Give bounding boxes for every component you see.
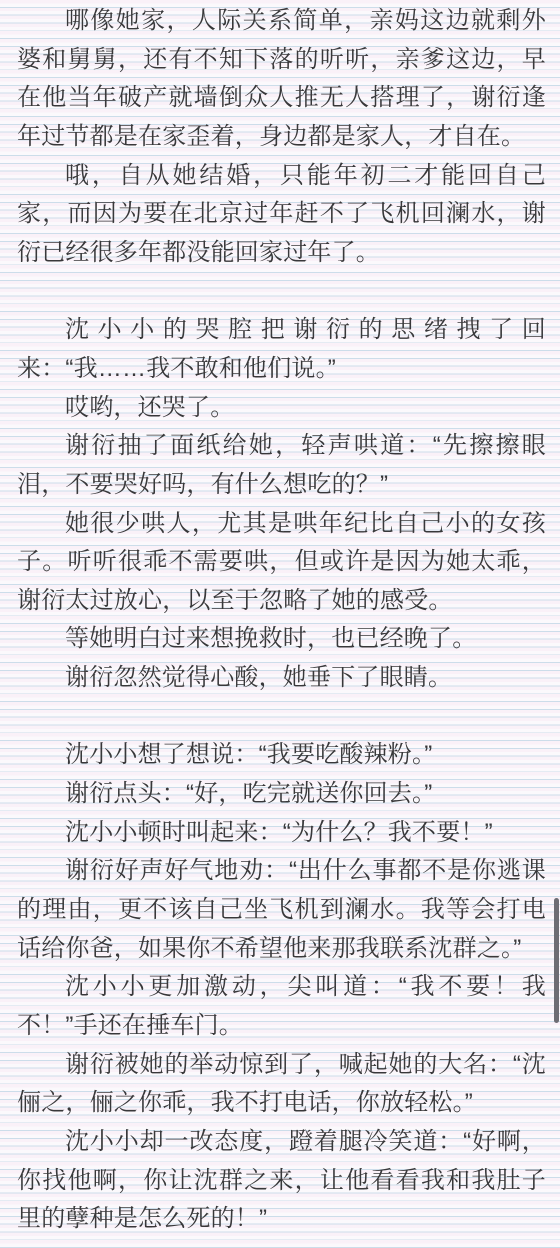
paragraph: 沈小小的哭腔把谢衍的思绪拽了回来：“我……我不敢和他们说。” [17,311,546,388]
paragraph: 哎哟，还哭了。 [17,389,546,428]
paragraph-spacer [17,273,546,312]
paragraph: 谢衍被她的举动惊到了，喊起她的大名：“沈俪之，俪之你乖，我不打电话，你放轻松。” [17,1046,546,1123]
paragraph: 谢衍好声好气地劝：“出什么事都不是你逃课的理由，更不该自己坐飞机到澜水。我等会打… [17,852,546,968]
paragraph-spacer [17,698,546,737]
paragraph: 沈小小却一改态度，蹬着腿冷笑道：“好啊，你找他啊，你让沈群之来，让他看看我和我肚… [17,1123,546,1239]
paragraph: 沈小小顿时叫起来：“为什么？我不要！” [17,814,546,853]
paragraph: 她很少哄人，尤其是哄年纪比自己小的女孩子。听听很乖不需要哄，但或许是因为她太乖，… [17,505,546,621]
paragraph: 哪像她家，人际关系简单，亲妈这边就剩外婆和舅舅，还有不知下落的听听，亲爹这边，早… [17,2,546,157]
paragraph: 等她明白过来想挽救时，也已经晚了。 [17,620,546,659]
paragraph: 谢衍点头：“好，吃完就送你回去。” [17,775,546,814]
reader-page[interactable]: 哪像她家，人际关系简单，亲妈这边就剩外婆和舅舅，还有不知下落的听听，亲爹这边，早… [0,0,560,1248]
scrollbar-thumb[interactable] [554,898,559,1023]
paragraph: 沈小小想了想说：“我要吃酸辣粉。” [17,736,546,775]
paragraph: 谢衍忽然觉得心酸，她垂下了眼睛。 [17,659,546,698]
paragraph: 沈小小更加激动，尖叫道：“我不要！我不！”手还在捶车门。 [17,968,546,1045]
paragraph: 谢衍抽了面纸给她，轻声哄道：“先擦擦眼泪，不要哭好吗，有什么想吃的？” [17,427,546,504]
paragraph: 哦，自从她结婚，只能年初二才能回自己家，而因为要在北京过年赶不了飞机回澜水，谢衍… [17,157,546,273]
reader-text: 哪像她家，人际关系简单，亲妈这边就剩外婆和舅舅，还有不知下落的听听，亲爹这边，早… [17,0,546,1239]
